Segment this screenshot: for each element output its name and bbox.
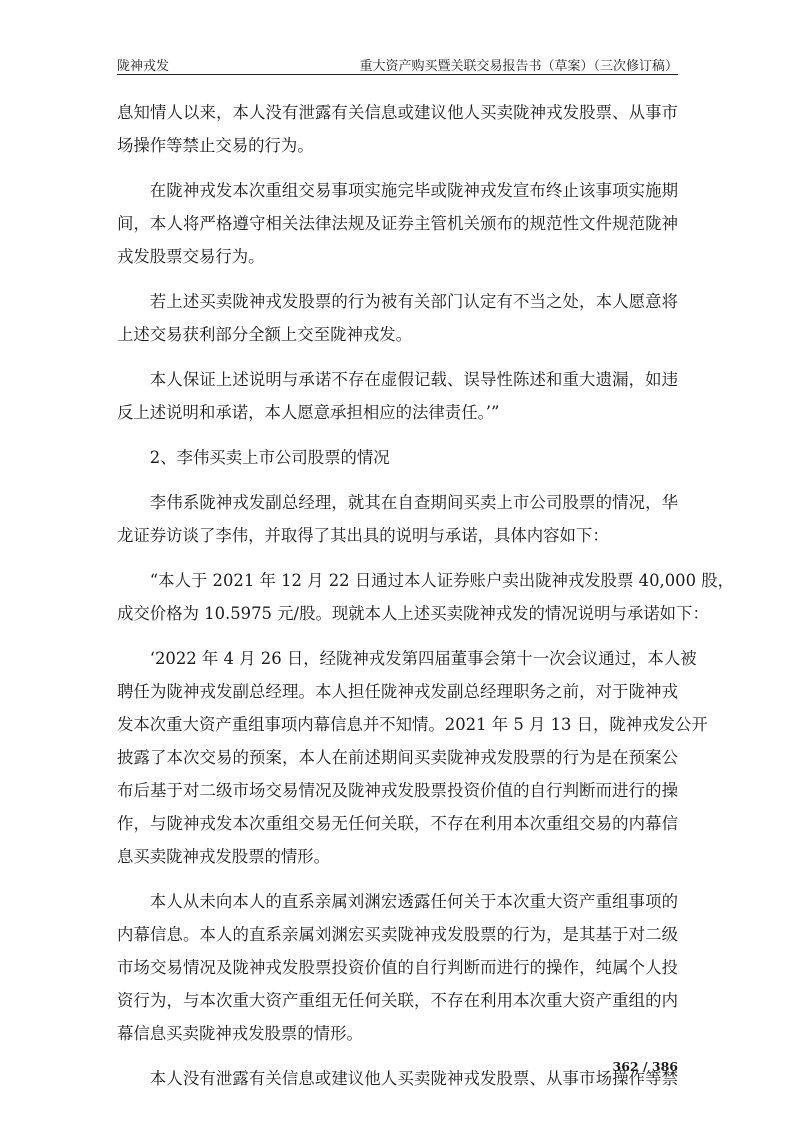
text-line: 资行为，与本次重大资产重组无任何关联，不存在利用本次重大资产重组的内 xyxy=(117,984,678,1017)
text-line: 成交价格为 10.5975 元/股。现就本人上述买卖陇神戎发的情况说明与承诺如下… xyxy=(117,597,678,630)
text-line: 本人从未向本人的直系亲属刘渊宏透露任何关于本次重大资产重组事项的 xyxy=(117,885,678,918)
paragraph: 息知情人以来，本人没有泄露有关信息或建议他人买卖陇神戎发股票、从事市场操作等禁止… xyxy=(117,96,678,162)
text-line: 场操作等禁止交易的行为。 xyxy=(117,129,678,162)
text-line: “本人于 2021 年 12 月 22 日通过本人证券账户卖出陇神戎发股票 40… xyxy=(117,564,678,597)
text-line: 本人没有泄露有关信息或建议他人买卖陇神戎发股票、从事市场操作等禁 xyxy=(117,1062,678,1095)
text-line: 反上述说明和承诺，本人愿意承担相应的法律责任。’” xyxy=(117,396,678,429)
page-header: 陇神戎发 重大资产购买暨关联交易报告书（草案）（三次修订稿） xyxy=(117,52,678,75)
header-company-name: 陇神戎发 xyxy=(117,55,169,74)
paragraph: 若上述买卖陇神戎发股票的行为被有关部门认定有不当之处，本人愿意将上述交易获利部分… xyxy=(117,285,678,351)
text-line: 间，本人将严格遵守相关法律法规及证券主管机关颁布的规范性文件规范陇神 xyxy=(117,207,678,240)
paragraph: “本人于 2021 年 12 月 22 日通过本人证券账户卖出陇神戎发股票 40… xyxy=(117,564,678,630)
text-line: 布后基于对二级市场交易情况及陇神戎发股票投资价值的自行判断而进行的操 xyxy=(117,774,678,807)
text-line: 披露了本次交易的预案，本人在前述期间买卖陇神戎发股票的行为是在预案公 xyxy=(117,741,678,774)
text-line: 李伟系陇神戎发副总经理，就其在自查期间买卖上市公司股票的情况，华 xyxy=(117,486,678,519)
paragraph: 本人保证上述说明与承诺不存在虚假记载、误导性陈述和重大遗漏，如违反上述说明和承诺… xyxy=(117,363,678,429)
paragraph: 2、李伟买卖上市公司股票的情况 xyxy=(117,441,678,474)
text-line: 息买卖陇神戎发股票的情形。 xyxy=(117,840,678,873)
page-body: 息知情人以来，本人没有泄露有关信息或建议他人买卖陇神戎发股票、从事市场操作等禁止… xyxy=(117,96,678,1107)
paragraph: 在陇神戎发本次重组交易事项实施完毕或陇神戎发宣布终止该事项实施期间，本人将严格遵… xyxy=(117,174,678,273)
paragraph: 本人没有泄露有关信息或建议他人买卖陇神戎发股票、从事市场操作等禁 xyxy=(117,1062,678,1095)
document-page: 陇神戎发 重大资产购买暨关联交易报告书（草案）（三次修订稿） 息知情人以来，本人… xyxy=(0,0,793,1122)
text-line: 作，与陇神戎发本次重组交易无任何关联，不存在利用本次重组交易的内幕信 xyxy=(117,807,678,840)
text-line: 若上述买卖陇神戎发股票的行为被有关部门认定有不当之处，本人愿意将 xyxy=(117,285,678,318)
paragraph: ‘2022 年 4 月 26 日，经陇神戎发第四届董事会第十一次会议通过，本人被… xyxy=(117,642,678,873)
text-line: 幕信息买卖陇神戎发股票的情形。 xyxy=(117,1017,678,1050)
text-line: 戎发股票交易行为。 xyxy=(117,240,678,273)
text-line: 市场交易情况及陇神戎发股票投资价值的自行判断而进行的操作，纯属个人投 xyxy=(117,951,678,984)
text-line: 上述交易获利部分全额上交至陇神戎发。 xyxy=(117,318,678,351)
text-line: 聘任为陇神戎发副总经理。本人担任陇神戎发副总经理职务之前，对于陇神戎 xyxy=(117,675,678,708)
header-document-title: 重大资产购买暨关联交易报告书（草案）（三次修订稿） xyxy=(359,55,678,74)
text-line: 内幕信息。本人的直系亲属刘渊宏买卖陇神戎发股票的行为，是其基于对二级 xyxy=(117,918,678,951)
paragraph: 本人从未向本人的直系亲属刘渊宏透露任何关于本次重大资产重组事项的内幕信息。本人的… xyxy=(117,885,678,1050)
text-line: 在陇神戎发本次重组交易事项实施完毕或陇神戎发宣布终止该事项实施期 xyxy=(117,174,678,207)
text-line: 龙证券访谈了李伟，并取得了其出具的说明与承诺，具体内容如下： xyxy=(117,519,678,552)
text-line: 发本次重大资产重组事项内幕信息并不知情。2021 年 5 月 13 日，陇神戎发… xyxy=(117,708,678,741)
text-line: 2、李伟买卖上市公司股票的情况 xyxy=(117,441,678,474)
page-number: 362 / 386 xyxy=(613,1059,678,1074)
paragraph: 李伟系陇神戎发副总经理，就其在自查期间买卖上市公司股票的情况，华龙证券访谈了李伟… xyxy=(117,486,678,552)
text-line: 息知情人以来，本人没有泄露有关信息或建议他人买卖陇神戎发股票、从事市 xyxy=(117,96,678,129)
text-line: 本人保证上述说明与承诺不存在虚假记载、误导性陈述和重大遗漏，如违 xyxy=(117,363,678,396)
text-line: ‘2022 年 4 月 26 日，经陇神戎发第四届董事会第十一次会议通过，本人被 xyxy=(117,642,678,675)
